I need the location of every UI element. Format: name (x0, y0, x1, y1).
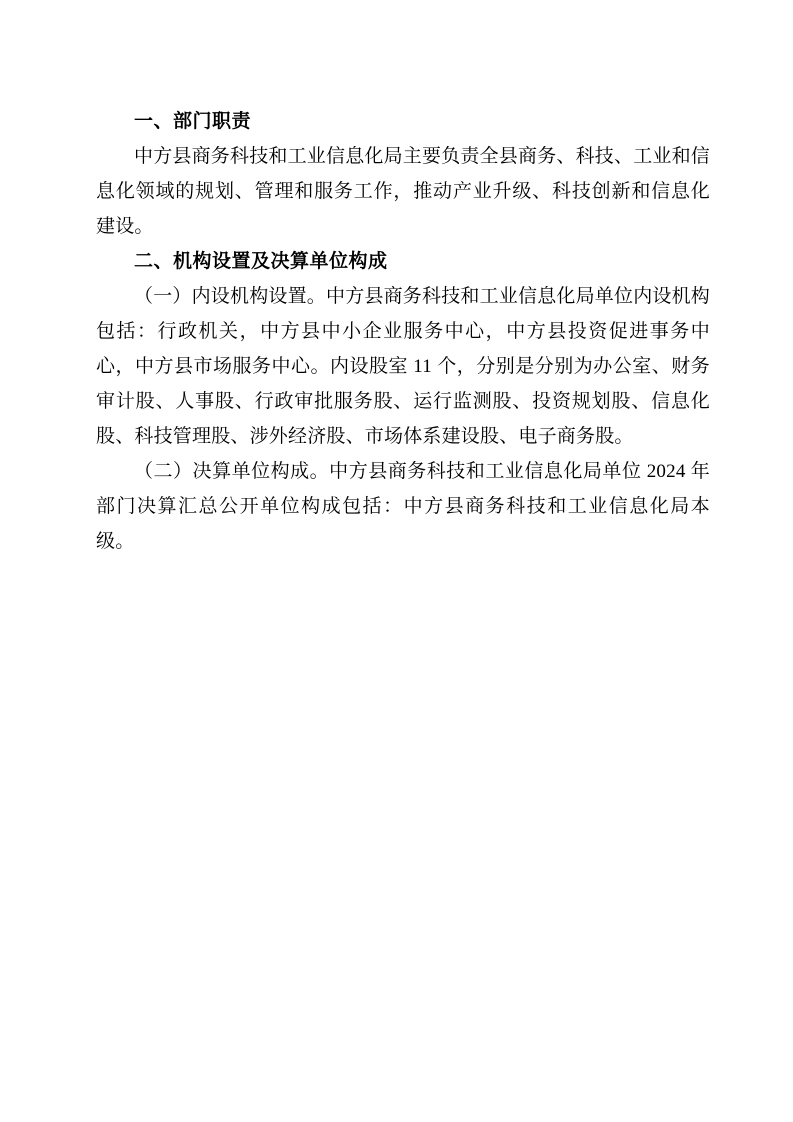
paragraph-department-duties: 中方县商务科技和工业信息化局主要负责全县商务、科技、工业和信息化领域的规划、管理… (96, 139, 710, 244)
section-heading-department-duties: 一、部门职责 (96, 104, 710, 139)
section-heading-organization-setup: 二、机构设置及决算单位构成 (96, 244, 710, 279)
paragraph-accounting-unit-composition: （二）决算单位构成。中方县商务科技和工业信息化局单位 2024 年部门决算汇总公… (96, 454, 710, 559)
paragraph-internal-organization: （一）内设机构设置。中方县商务科技和工业信息化局单位内设机构包括：行政机关，中方… (96, 279, 710, 454)
document-page: 一、部门职责 中方县商务科技和工业信息化局主要负责全县商务、科技、工业和信息化领… (0, 0, 793, 1122)
